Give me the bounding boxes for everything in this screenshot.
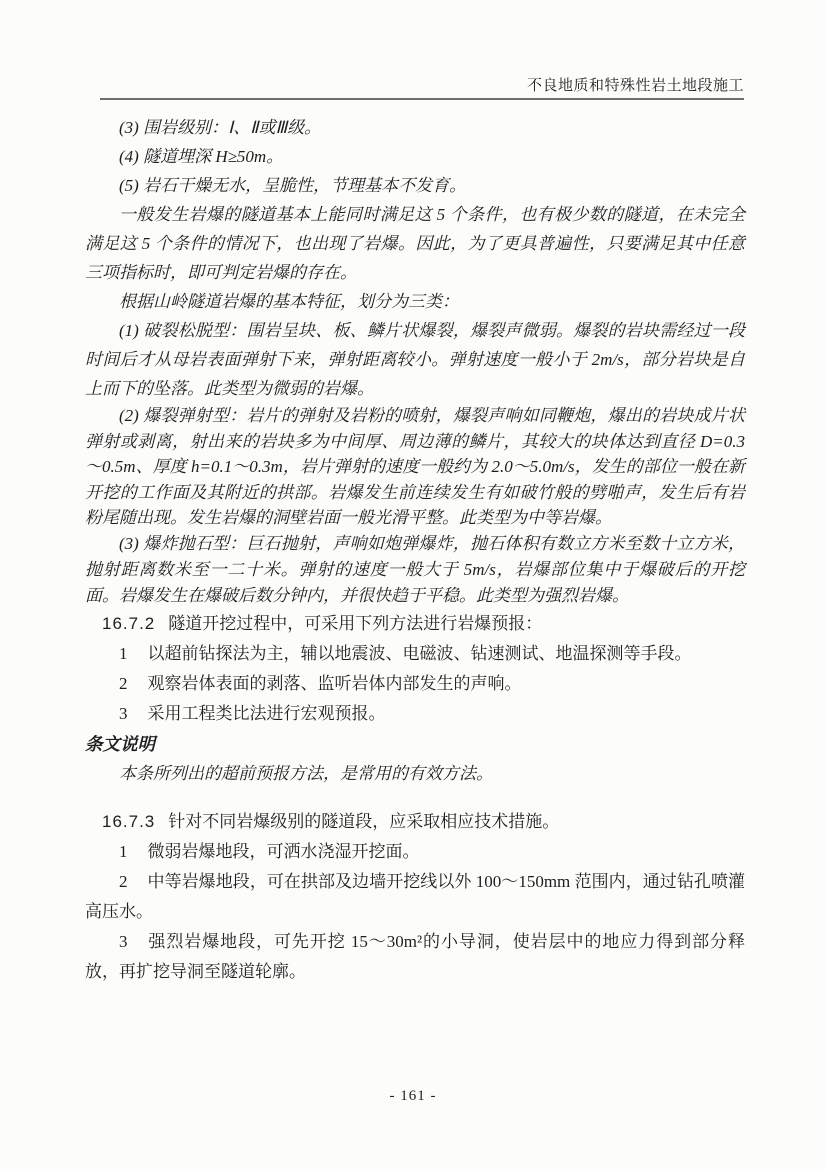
item-number: 1	[119, 644, 128, 663]
clause-16-7-2-item-1: 1以超前钻探法为主，辅以地震波、电磁波、钻速测试、地温探测等手段。	[85, 639, 745, 669]
item-text: 观察岩体表面的剥落、监听岩体内部发生的声响。	[148, 674, 522, 693]
para-rockburst-conditions: 一般发生岩爆的隧道基本上能同时满足这 5 个条件，也有极少数的隧道，在未完全满足…	[85, 200, 745, 287]
item-text: 采用工程类比法进行宏观预报。	[148, 704, 386, 723]
item-text: 微弱岩爆地段，可洒水浇湿开挖面。	[148, 842, 420, 861]
clause-16-7-3-item-1: 1微弱岩爆地段，可洒水浇湿开挖面。	[85, 837, 745, 867]
clause-16-7-3: 16.7.3针对不同岩爆级别的隧道段，应采取相应技术措施。	[85, 807, 745, 837]
item-number: 2	[119, 674, 128, 693]
item-number: 3	[119, 932, 128, 951]
clause-16-7-2: 16.7.2隧道开挖过程中，可采用下列方法进行岩爆预报：	[85, 609, 745, 639]
page-number: - 161 -	[390, 1088, 437, 1104]
explanation-paragraph: 本条所列出的超前预报方法，是常用的有效方法。	[85, 759, 745, 789]
page-footer: - 161 -	[0, 1088, 826, 1105]
condition-item-5: (5) 岩石干燥无水，呈脆性，节理基本不发育。	[85, 171, 745, 200]
item-text: 强烈岩爆地段，可先开挖 15～30m²的小导洞，使岩层中的地应力得到部分释放，再…	[85, 932, 745, 981]
condition-item-4: (4) 隧道埋深 H≥50m。	[85, 142, 745, 171]
page-header: 不良地质和特殊性岩土地段施工	[100, 77, 744, 100]
clause-16-7-2-item-2: 2观察岩体表面的剥落、监听岩体内部发生的声响。	[85, 669, 745, 699]
condition-item-3: (3) 围岩级别：Ⅰ、Ⅱ或Ⅲ级。	[85, 113, 745, 142]
explanation-heading: 条文说明	[85, 729, 745, 759]
para-type-explosive-throw: (3) 爆炸抛石型：巨石抛射，声响如炮弹爆炸，抛石体积有数立方米至数十立方米，抛…	[85, 531, 745, 609]
document-page: 不良地质和特殊性岩土地段施工 (3) 围岩级别：Ⅰ、Ⅱ或Ⅲ级。 (4) 隧道埋深…	[0, 0, 826, 1169]
item-number: 3	[119, 704, 128, 723]
item-number: 2	[119, 872, 128, 891]
para-type-burst-ejection: (2) 爆裂弹射型：岩片的弹射及岩粉的喷射，爆裂声响如同鞭炮，爆出的岩块成片状弹…	[85, 403, 745, 531]
clause-16-7-3-number: 16.7.3	[102, 812, 155, 831]
item-text: 以超前钻探法为主，辅以地震波、电磁波、钻速测试、地温探测等手段。	[148, 644, 692, 663]
clause-16-7-2-title: 隧道开挖过程中，可采用下列方法进行岩爆预报：	[168, 614, 542, 633]
clause-16-7-3-item-2: 2中等岩爆地段，可在拱部及边墙开挖线以外 100～150mm 范围内，通过钻孔喷…	[85, 867, 745, 927]
para-classification-intro: 根据山岭隧道岩爆的基本特征，划分为三类：	[85, 287, 745, 316]
running-head-title: 不良地质和特殊性岩土地段施工	[527, 77, 744, 94]
item-number: 1	[119, 842, 128, 861]
page-content: (3) 围岩级别：Ⅰ、Ⅱ或Ⅲ级。 (4) 隧道埋深 H≥50m。 (5) 岩石干…	[85, 113, 745, 987]
clause-16-7-3-title: 针对不同岩爆级别的隧道段，应采取相应技术措施。	[168, 812, 559, 831]
clause-16-7-2-item-3: 3采用工程类比法进行宏观预报。	[85, 699, 745, 729]
clause-16-7-3-item-3: 3强烈岩爆地段，可先开挖 15～30m²的小导洞，使岩层中的地应力得到部分释放，…	[85, 927, 745, 987]
item-text: 中等岩爆地段，可在拱部及边墙开挖线以外 100～150mm 范围内，通过钻孔喷灌…	[85, 872, 745, 921]
para-type-fracture-loosening: (1) 破裂松脱型：围岩呈块、板、鳞片状爆裂，爆裂声微弱。爆裂的岩块需经过一段时…	[85, 316, 745, 403]
clause-16-7-2-number: 16.7.2	[102, 614, 155, 633]
